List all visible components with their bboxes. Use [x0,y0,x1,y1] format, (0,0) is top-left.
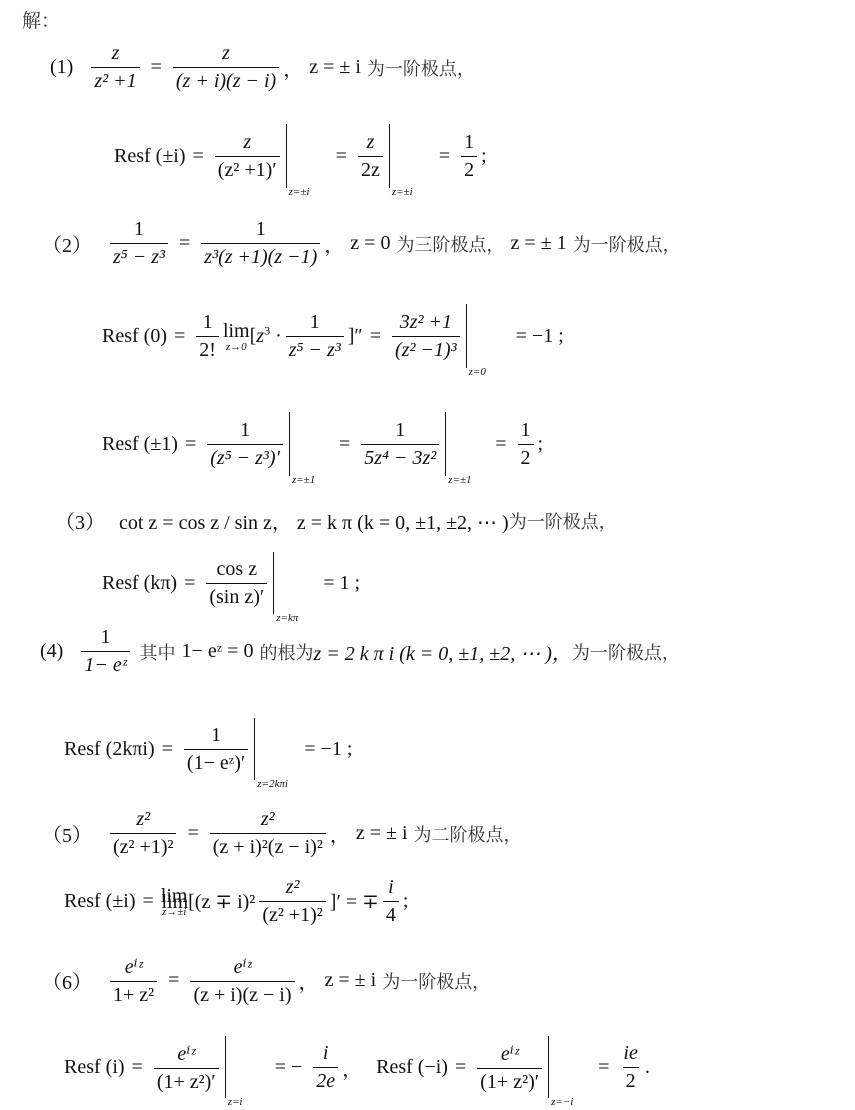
problem-2-residue-0: Resf (0)= 12! limz→0 [z3 · 1z⁵ − z³ ]″= … [102,304,571,368]
problem-3-residue: Resf (kπ)= cos z(sin z)′ z=kπ = 1 ; [102,552,367,614]
pole-location: z = ± i [309,56,361,79]
fraction: zz² +1 [91,42,139,93]
problem-2-statement: （2） 1z⁵ − z³ = 1z³(z +1)(z −1) ， z = 0 为… [42,218,681,269]
problem-6-residues: Resf (i)= eⁱᶻ(1+ z²)′ z=i = − i2e ， Resf… [64,1036,650,1098]
problem-5-residue: Resf (±i)= limz→±i lim[(z ∓ i)² z²(z² +1… [64,876,408,927]
problem-label: (1) [50,56,73,79]
problem-2-residue-1: Resf (±1)= 1(z⁵ − z³)′ z=±1 = 15z⁴ − 3z²… [102,412,543,476]
problem-1-statement: (1) zz² +1 = z(z + i)(z − i) ， z = ± i 为… [50,42,475,93]
fraction: z(z + i)(z − i) [173,42,279,93]
problem-4-statement: (4) 11− eᶻ 其中 1− eᶻ = 0 的根为 z = 2 k π i … [40,626,680,677]
pole-order-text: 为一阶极点， [367,55,475,81]
solution-heading: 解： [22,6,60,33]
problem-5-statement: （5） z²(z² +1)² = z²(z + i)²(z − i)² ， z … [42,808,522,859]
problem-3-statement: （3） cot z = cos z / sin z， z = k π (k = … [55,506,617,535]
problem-6-statement: （6） eⁱᶻ1+ z² = eⁱᶻ(z + i)(z − i) ， z = ±… [42,954,490,1007]
problem-1-residue: Resf (±i)= z(z² +1)′ z=±i = z2z z=±i = 1… [114,124,487,188]
problem-4-residue: Resf (2kπi)= 1(1− eᶻ)′ z=2kπi = −1 ; [64,718,359,780]
